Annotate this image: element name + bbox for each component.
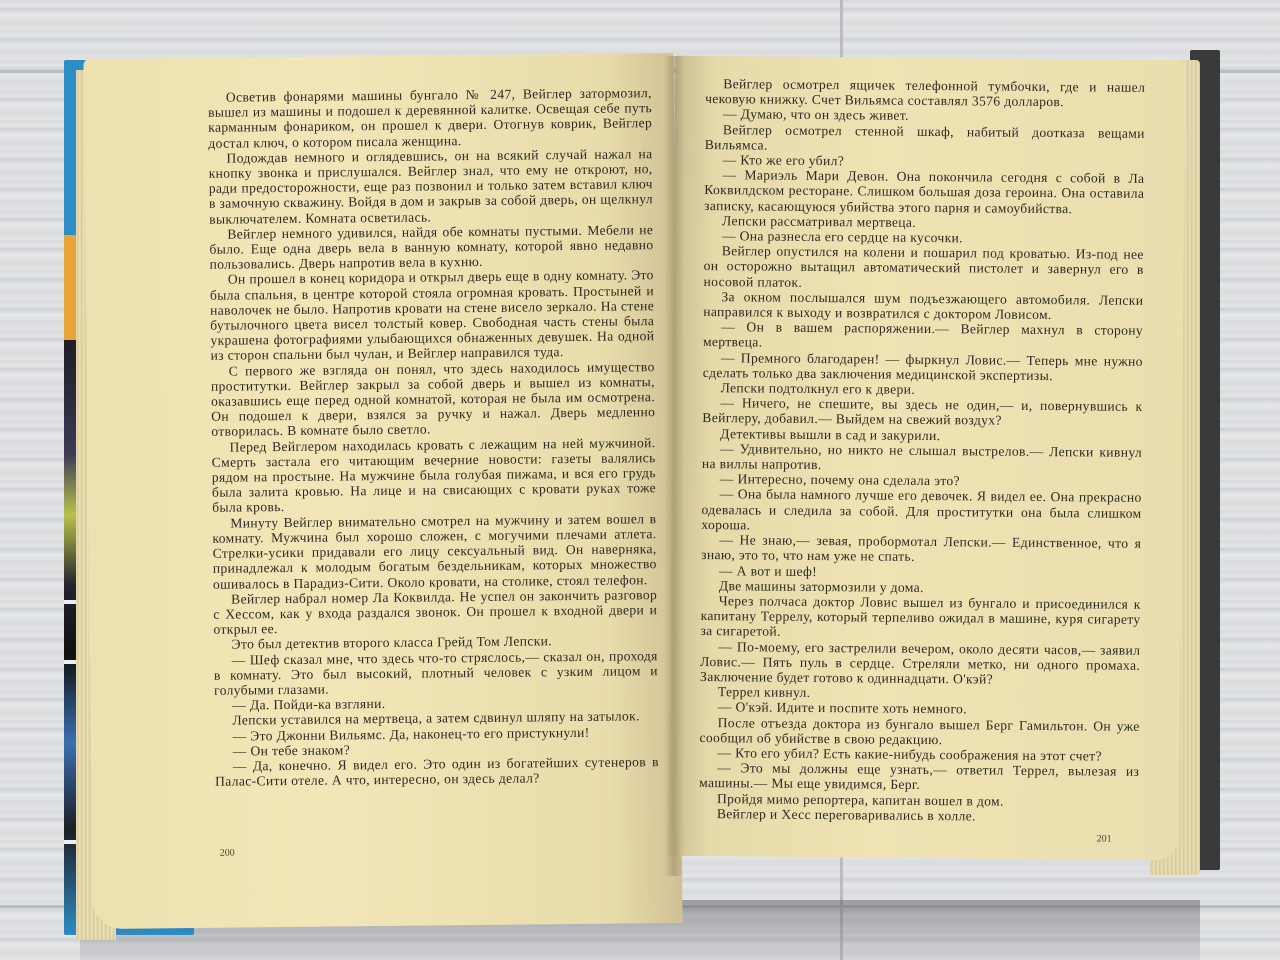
right-page-text: Вейглер осмотрел ящичек телефонной тумбо… [699,76,1145,825]
paragraph: Вейглер опустился на колени и пошарил по… [703,243,1143,292]
left-page-text: Осветив фонарями машины бунгало № 247, В… [208,85,659,789]
paragraph: — Не знаю,— зевая, пробормотал Лепски.— … [701,532,1141,566]
paragraph: Вейглер осмотрел ящичек телефонной тумбо… [705,76,1145,110]
paragraph: Подождав немного и оглядевшись, он на вс… [208,146,653,227]
paragraph: Вейглер набрал номер Ла Коквилда. Не усп… [213,587,657,637]
paragraph: — Это мы должны еще узнать,— ответил Тер… [699,760,1139,794]
paragraph: Вейглер немного удивился, найдя обе комн… [209,222,653,272]
paragraph: — Он в вашем распоряжении.— Вейглер махн… [703,319,1143,353]
paragraph: — Премного благодарен! — фыркнул Ловис.—… [703,350,1143,384]
left-page: Осветив фонарями машины бунгало № 247, В… [83,53,682,929]
paragraph: Минуту Вейглер внимательно смотрел на му… [212,511,657,592]
paragraph: Перед Вейглером находилась кровать с леж… [211,435,656,516]
paragraph: Он прошел в конец коридора и открыл двер… [210,268,655,364]
paragraph: — Да, конечно. Я видел его. Это один из … [215,754,659,789]
paragraph: Через полчаса доктор Ловис вышел из бунг… [700,593,1140,642]
paragraph: За окном послышался шум подъезжающего ав… [703,289,1143,323]
paragraph: — Мариэль Мари Девон. Она покончила сего… [704,167,1144,216]
paragraph: — Она была намного лучше его девочек. Я … [701,487,1141,536]
paragraph: Осветив фонарями машины бунгало № 247, В… [208,85,653,150]
paragraph: — Ничего, не спешите, вы здесь не один,—… [702,395,1142,429]
paragraph: Вейглер осмотрел стенной шкаф, набитый д… [705,122,1145,156]
right-page: Вейглер осмотрел ящичек телефонной тумбо… [669,56,1186,860]
paragraph: С первого же взгляда он понял, что здесь… [211,359,656,440]
paragraph: После отъезда доктора из бунгало вышел Б… [699,715,1139,749]
paragraph: — Шеф сказал мне, что здесь что-то стряс… [214,648,658,698]
paragraph: — По-моему, его застрелили вечером, окол… [700,639,1140,688]
paragraph: Вейглер и Хесс переговаривались в холле. [699,806,1139,825]
page-number-left: 200 [220,848,235,859]
page-number-right: 201 [1097,833,1112,844]
paragraph: — Удивительно, но никто не слышал выстре… [702,441,1142,475]
